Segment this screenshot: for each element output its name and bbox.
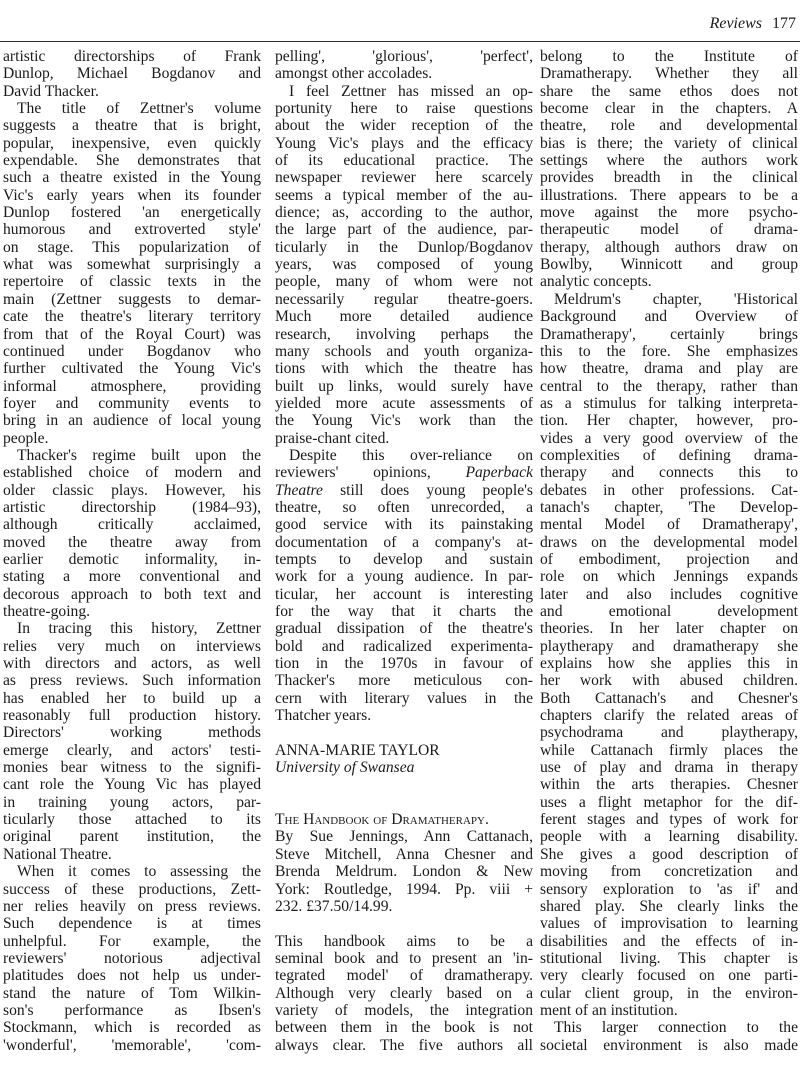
text-line: Thatcher years. — [275, 707, 533, 724]
text-line: role on which Jennings expands — [540, 568, 798, 585]
text-line: Steve Mitchell, Anna Chesner and — [275, 846, 533, 863]
text-line: explains how she applies this in — [540, 655, 798, 672]
column-1: artistic directorships of FrankDunlop, M… — [3, 48, 261, 1054]
text-line: When it comes to assessing the — [3, 863, 261, 880]
text-line: debates in other professions. Cat- — [540, 482, 798, 499]
text-line: reviewers' notorious adjectival — [3, 950, 261, 967]
review-author: ANNA-MARIE TAYLOR — [275, 742, 533, 759]
text-line: pelling', 'glorious', 'perfect', — [275, 48, 533, 65]
text-line: reviewers' opinions, Paperback — [275, 464, 533, 481]
text-line: Young Vic's plays and the efficacy — [275, 135, 533, 152]
text-line: people, many of whom were not — [275, 273, 533, 290]
review-title: The Handbook of Dramatherapy. — [275, 811, 533, 828]
text-line: illustrations. There appears to be a — [540, 187, 798, 204]
text-line: variety of models, the integration — [275, 1002, 533, 1019]
spacer — [275, 724, 533, 741]
text-line: Such dependence is at times — [3, 915, 261, 932]
text-line: always clear. The five authors all — [275, 1037, 533, 1054]
text-line: very clearly focused on one parti- — [540, 967, 798, 984]
text-line: move against the more psycho- — [540, 204, 798, 221]
text-line: the large part of the audience, par- — [275, 221, 533, 238]
text-line: 232. £37.50/14.99. — [275, 898, 533, 915]
text-line: David Thacker. — [3, 83, 261, 100]
text-line: Stockmann, which is recorded as — [3, 1019, 261, 1036]
text-line: cate the theatre's literary territory — [3, 308, 261, 325]
text-line: therapy, although authors draw on — [540, 239, 798, 256]
text-line: necessarily regular theatre-goers. — [275, 291, 533, 308]
page-number: 177 — [772, 15, 796, 32]
text-line: Dramatherapy. Whether they all — [540, 65, 798, 82]
text-line: Thacker's regime built upon the — [3, 447, 261, 464]
text-line: what was somewhat surprisingly a — [3, 256, 261, 273]
section-title: Reviews — [710, 15, 762, 32]
text-line: Much more detailed audience — [275, 308, 533, 325]
column-2: pelling', 'glorious', 'perfect',amongst … — [275, 48, 533, 1054]
text-line: portunity here to raise questions — [275, 100, 533, 117]
text-line: theatre, so often unrecorded, a — [275, 499, 533, 516]
text-line: seminal book and to present an 'in- — [275, 950, 533, 967]
text-line: disabilities and the effects of in- — [540, 933, 798, 950]
text-line: She gives a good description of — [540, 846, 798, 863]
text-line: tion. Her chapter, however, pro- — [540, 412, 798, 429]
text-line: from that of the Royal Court) was — [3, 326, 261, 343]
text-line: use of play and drama in therapy — [540, 759, 798, 776]
text-line: cular client group, in the environ- — [540, 985, 798, 1002]
text-line: although critically acclaimed, — [3, 516, 261, 533]
text-line: as a stimulus for talking interpreta- — [540, 395, 798, 412]
text-line: earlier demotic informality, in- — [3, 551, 261, 568]
text-line: success of these productions, Zett- — [3, 881, 261, 898]
text-line: tegrated model' of dramatherapy. — [275, 967, 533, 984]
text-line: many schools and youth organiza- — [275, 343, 533, 360]
text-line: playtherapy and dramatherapy she — [540, 638, 798, 655]
text-line: ticularly in the Dunlop/Bogdanov — [275, 239, 533, 256]
text-line: dience; as, according to the author, — [275, 204, 533, 221]
text-line: artistic directorships of Frank — [3, 48, 261, 65]
text-line: seems a typical member of the au- — [275, 187, 533, 204]
text-line: Directors' working methods — [3, 724, 261, 741]
text-line: therapy and connects this to — [540, 464, 798, 481]
text-line: settings where the authors work — [540, 152, 798, 169]
text-line: reasonably full production history. — [3, 707, 261, 724]
spacer — [275, 915, 533, 932]
text-line: humorous and extroverted style' — [3, 221, 261, 238]
text-line: mental Model of Dramatherapy', — [540, 516, 798, 533]
text-line: has enabled her to build up a — [3, 690, 261, 707]
text-line: theatre, role and developmental — [540, 117, 798, 134]
text-line: bias is there; the variety of clinical — [540, 135, 798, 152]
text-line: By Sue Jennings, Ann Cattanach, — [275, 828, 533, 845]
text-line: people. — [3, 430, 261, 447]
text-line: repertoire of classic texts in the — [3, 273, 261, 290]
text-line: while Cattanach firmly places the — [540, 742, 798, 759]
text-line: The title of Zettner's volume — [3, 100, 261, 117]
spacer — [275, 794, 533, 811]
text-line: shared play. She clearly links the — [540, 898, 798, 915]
text-line: established choice of modern and — [3, 464, 261, 481]
text-line: Despite this over-reliance on — [275, 447, 533, 464]
text-line: cern with literary values in the — [275, 690, 533, 707]
text-line: her work with abused children. — [540, 672, 798, 689]
text-line: suggests a theatre that is bright, — [3, 117, 261, 134]
text-line: gradual dissipation of the theatre's — [275, 620, 533, 637]
text-line: therapeutic model of drama- — [540, 221, 798, 238]
text-line: bold and radicalized experimenta- — [275, 638, 533, 655]
text-line: tempts to develop and sustain — [275, 551, 533, 568]
text-line: theatre-going. — [3, 603, 261, 620]
text-line: continued under Bogdanov who — [3, 343, 261, 360]
text-line: the Young Vic's work than the — [275, 412, 533, 429]
text-line: stating a more conventional and — [3, 568, 261, 585]
text-line: later and also includes cognitive — [540, 586, 798, 603]
text-line: become clear in the chapters. A — [540, 100, 798, 117]
text-line: original parent institution, the — [3, 828, 261, 845]
text-line: amongst other accolades. — [275, 65, 533, 82]
text-line: further cultivated the Young Vic's — [3, 360, 261, 377]
text-line: Dramatherapy', certainly brings — [540, 326, 798, 343]
text-line: values of improvisation to learning — [540, 915, 798, 932]
text-line: in training young actors, par- — [3, 794, 261, 811]
text-line: stitutional living. This chapter is — [540, 950, 798, 967]
text-line: son's performance as Ibsen's — [3, 1002, 261, 1019]
text-line: moved the theatre away from — [3, 534, 261, 551]
text-line: stand the nature of Tom Wilkin- — [3, 985, 261, 1002]
review-affil: University of Swansea — [275, 759, 533, 776]
text-line: monies bear witness to the signifi- — [3, 759, 261, 776]
text-line: I feel Zettner has missed an op- — [275, 83, 533, 100]
text-line: ner relies heavily on press reviews. — [3, 898, 261, 915]
header-rule — [0, 41, 800, 42]
text-line: central to the therapy, rather than — [540, 378, 798, 395]
text-line: expendable. She demonstrates that — [3, 152, 261, 169]
text-line: within the arts therapies. Chesner — [540, 776, 798, 793]
text-line: for the way that it charts the — [275, 603, 533, 620]
text-line: relies very much on interviews — [3, 638, 261, 655]
text-line: people with a learning disability. — [540, 828, 798, 845]
text-line: popular, inexpensive, even quickly — [3, 135, 261, 152]
text-line: This larger connection to the — [540, 1019, 798, 1036]
text-line: Thacker's more meticulous con- — [275, 672, 533, 689]
text-line: 'wonderful', 'memorable', 'com- — [3, 1037, 261, 1054]
text-line: main (Zettner suggests to demar- — [3, 291, 261, 308]
text-line: Dunlop fostered 'an energetically — [3, 204, 261, 221]
text-line: psychodrama and playtherapy, — [540, 724, 798, 741]
text-line: societal environment is also made — [540, 1037, 798, 1054]
text-line: years, was composed of young — [275, 256, 533, 273]
text-line: ticularly those attached to its — [3, 811, 261, 828]
text-line: yielded more acute assessments of — [275, 395, 533, 412]
text-line: tion in the 1970s in favour of — [275, 655, 533, 672]
text-line: built up links, would surely have — [275, 378, 533, 395]
running-header: Reviews177 — [710, 15, 796, 33]
text-line: about the wider reception of the — [275, 117, 533, 134]
text-line: provides breadth in the clinical — [540, 169, 798, 186]
text-line: research, involving perhaps the — [275, 326, 533, 343]
text-line: moving from concretization and — [540, 863, 798, 880]
text-line: work for a young audience. In par- — [275, 568, 533, 585]
text-line: theories. In her later chapter on — [540, 620, 798, 637]
text-line: how theatre, drama and play are — [540, 360, 798, 377]
text-line: older classic plays. However, his — [3, 482, 261, 499]
text-line: bring in an audience of local young — [3, 412, 261, 429]
text-line: Background and Overview of — [540, 308, 798, 325]
spacer — [275, 776, 533, 793]
column-3: belong to the Institute ofDramatherapy. … — [540, 48, 798, 1054]
text-line: In tracing this history, Zettner — [3, 620, 261, 637]
text-line: chapters clarify the related areas of — [540, 707, 798, 724]
text-line: Meldrum's chapter, 'Historical — [540, 291, 798, 308]
text-line: ment of an institution. — [540, 1002, 798, 1019]
text-line: platitudes does not help us under- — [3, 967, 261, 984]
text-line: uses a flight metaphor for the dif- — [540, 794, 798, 811]
text-line: analytic concepts. — [540, 273, 798, 290]
text-line: Dunlop, Michael Bogdanov and — [3, 65, 261, 82]
text-line: and emotional development — [540, 603, 798, 620]
text-line: National Theatre. — [3, 846, 261, 863]
text-line: good service with its painstaking — [275, 516, 533, 533]
text-line: tions with which the theatre has — [275, 360, 533, 377]
text-line: artistic directorship (1984–93), — [3, 499, 261, 516]
text-line: between them in the book is not — [275, 1019, 533, 1036]
text-line: belong to the Institute of — [540, 48, 798, 65]
text-line: This handbook aims to be a — [275, 933, 533, 950]
text-line: informal atmosphere, providing — [3, 378, 261, 395]
text-line: Both Cattanach's and Chesner's — [540, 690, 798, 707]
text-line: Vic's early years when its founder — [3, 187, 261, 204]
text-line: draws on the developmental model — [540, 534, 798, 551]
text-line: with directors and actors, as well — [3, 655, 261, 672]
text-line: this to the fore. She emphasizes — [540, 343, 798, 360]
text-line: foyer and community events to — [3, 395, 261, 412]
text-line: unhelpful. For example, the — [3, 933, 261, 950]
text-line: Theatre still does young people's — [275, 482, 533, 499]
text-line: as press reviews. Such information — [3, 672, 261, 689]
text-line: decorous approach to both text and — [3, 586, 261, 603]
text-line: newspaper reviewer here scarcely — [275, 169, 533, 186]
text-line: Bowlby, Winnicott and group — [540, 256, 798, 273]
text-line: emerge clearly, and actors' testi- — [3, 742, 261, 759]
text-line: on stage. This popularization of — [3, 239, 261, 256]
text-line: of embodiment, projection and — [540, 551, 798, 568]
text-line: cant role the Young Vic has played — [3, 776, 261, 793]
text-line: Brenda Meldrum. London & New — [275, 863, 533, 880]
text-line: sensory exploration to 'as if' and — [540, 881, 798, 898]
text-line: complexities of defining drama- — [540, 447, 798, 464]
text-line: such a theatre existed in the Young — [3, 169, 261, 186]
text-line: tanach's chapter, 'The Develop- — [540, 499, 798, 516]
text-line: ferent stages and types of work for — [540, 811, 798, 828]
text-line: York: Routledge, 1994. Pp. viii + — [275, 881, 533, 898]
text-line: vides a very good overview of the — [540, 430, 798, 447]
text-line: documentation of a company's at- — [275, 534, 533, 551]
text-line: share the same ethos does not — [540, 83, 798, 100]
text-line: Although very clearly based on a — [275, 985, 533, 1002]
text-line: of its educational practice. The — [275, 152, 533, 169]
text-line: ticular, her account is interesting — [275, 586, 533, 603]
text-line: praise-chant cited. — [275, 430, 533, 447]
